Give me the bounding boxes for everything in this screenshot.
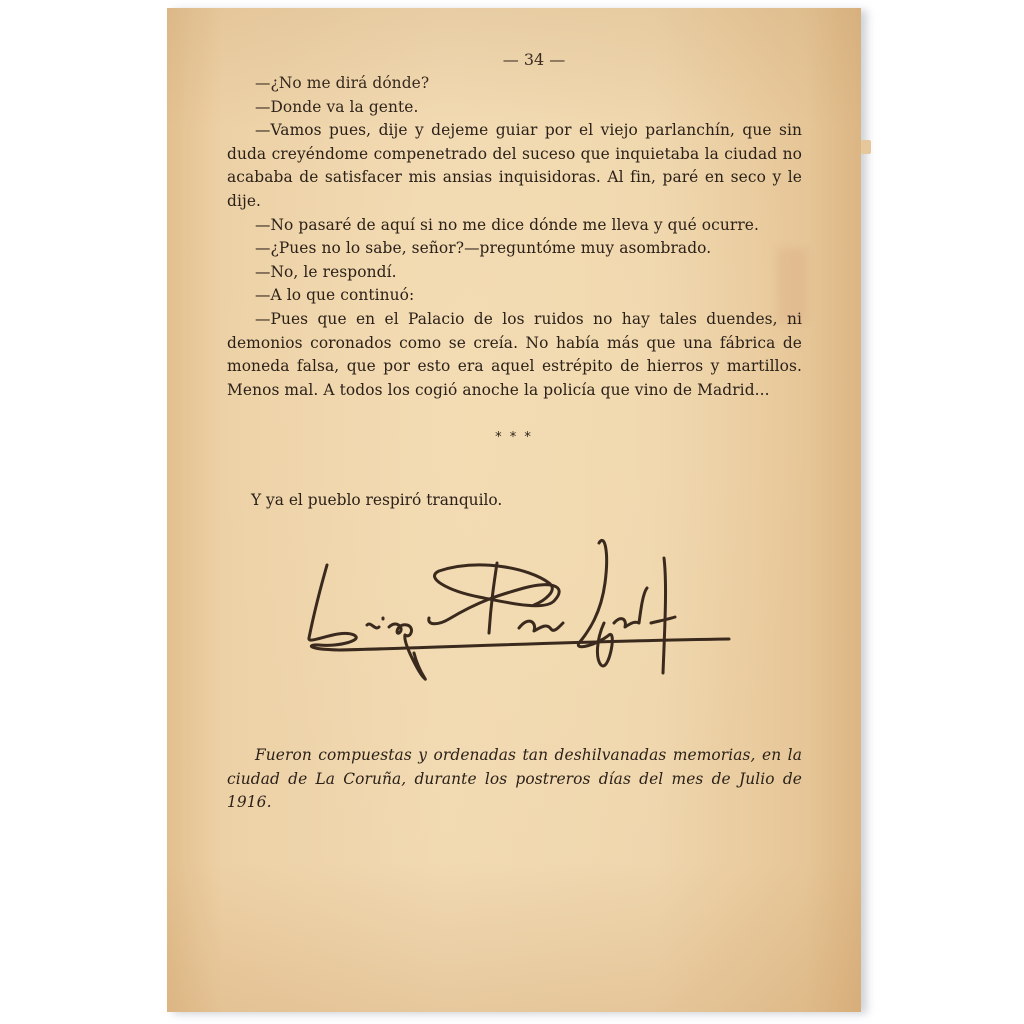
book-page: — 34 — —¿No me dirá dónde? —Donde va la … <box>167 8 861 1012</box>
paragraph: —A lo que continuó: <box>227 284 802 308</box>
paragraph: —Pues que en el Palacio de los ruidos no… <box>227 308 802 402</box>
paragraph: —Vamos pues, dije y dejeme guiar por el … <box>227 119 802 213</box>
body-text: —¿No me dirá dónde? —Donde va la gente. … <box>227 72 802 402</box>
paragraph: —¿Pues no lo sabe, señor?—preguntóme muy… <box>227 237 802 261</box>
paragraph: —¿No me dirá dónde? <box>227 72 802 96</box>
torn-edge <box>861 140 871 154</box>
paragraph: —Donde va la gente. <box>227 96 802 120</box>
colophon: Fueron compuestas y ordenadas tan deshil… <box>227 744 802 815</box>
section-separator: * * * <box>167 430 861 445</box>
signature <box>279 523 759 693</box>
colophon-text: Fueron compuestas y ordenadas tan deshil… <box>227 744 802 815</box>
paragraph: —No, le respondí. <box>227 261 802 285</box>
closing-line: Y ya el pueblo respiró tranquilo. <box>251 491 502 509</box>
page-number: — 34 — <box>167 50 861 69</box>
paragraph: —No pasaré de aquí si no me dice dónde m… <box>227 214 802 238</box>
